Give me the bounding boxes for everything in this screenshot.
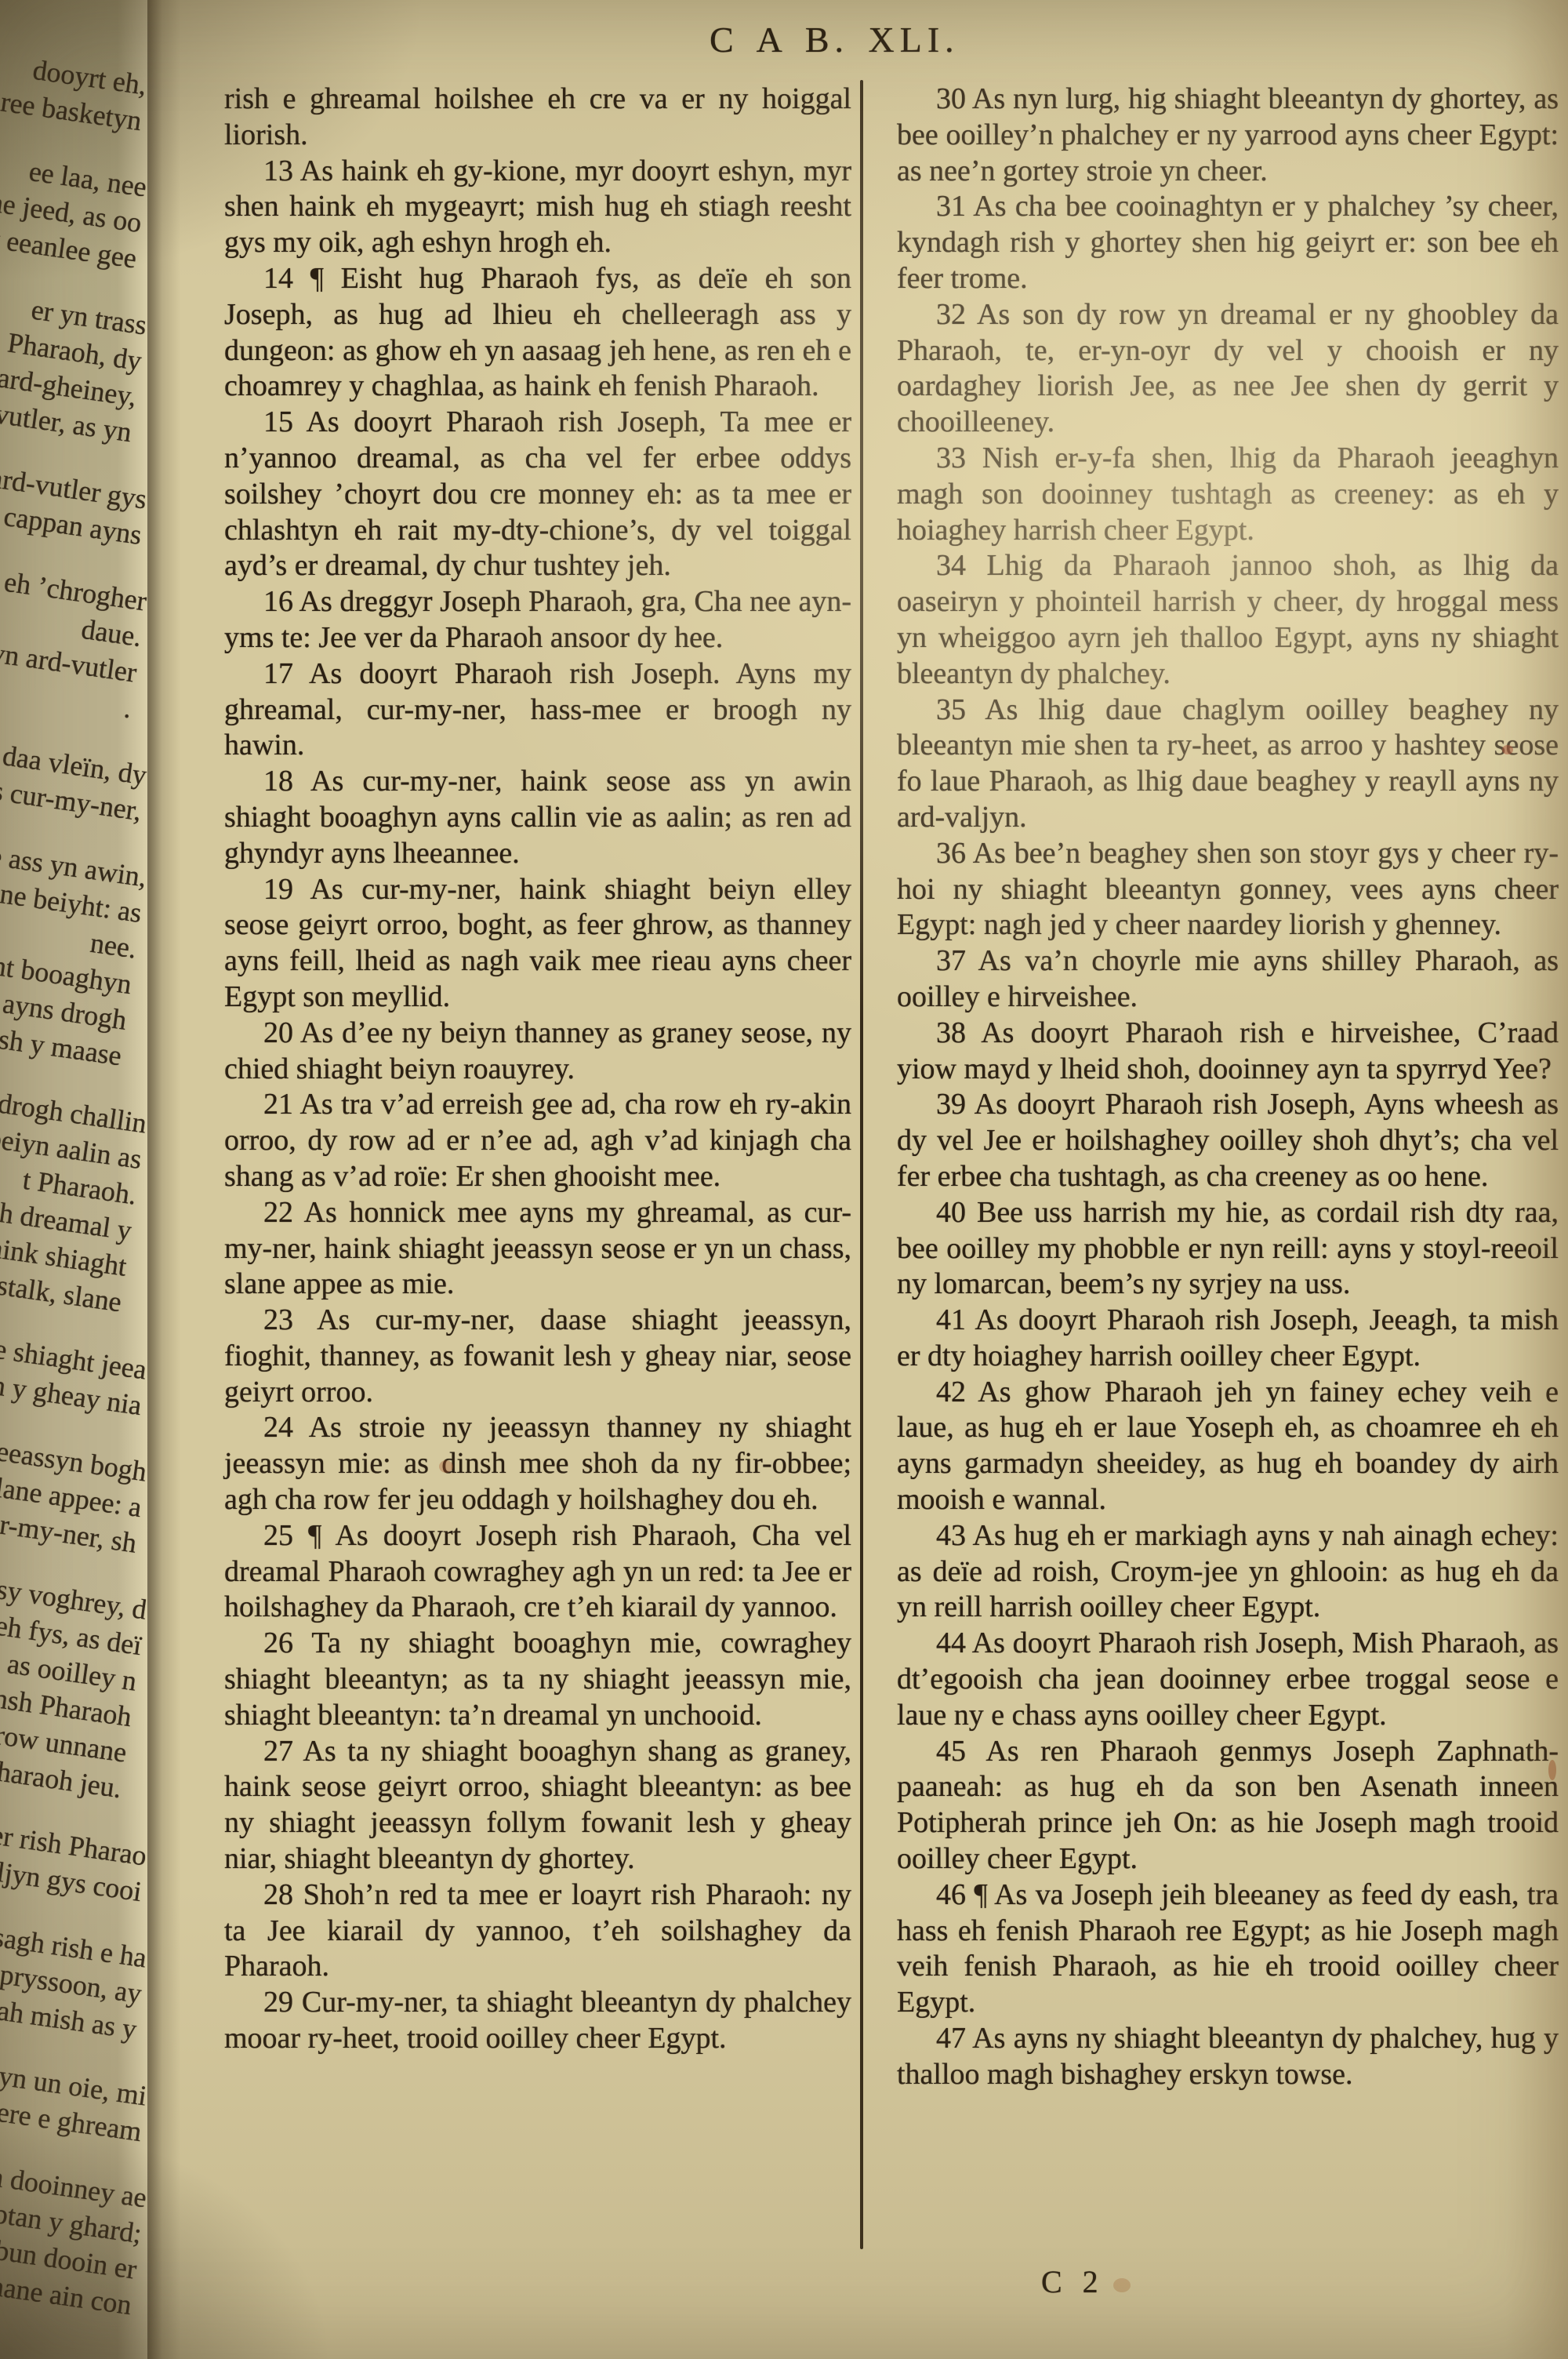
verse: 42 As ghow Pharaoh jeh yn fainey echey v…	[897, 1375, 1559, 1518]
verse: 22 As honnick mee ayns my ghreamal, as c…	[224, 1195, 851, 1303]
verse-continuation: rish e ghreamal hoilshee eh cre va er ny…	[224, 82, 851, 154]
gutter-fragment: eh ’chrogher daue. yn ard-vutler .	[0, 550, 149, 726]
gutter-fragment: er yn trass Pharaoh, dy e ard-gheiney, l…	[0, 274, 149, 450]
gutter-fragment: oosagh rish e ha ayns pryssoon, ay ammah…	[0, 1906, 149, 2048]
verse: 43 As hug eh er markiagh ayns y nah aina…	[897, 1518, 1559, 1626]
verse: 19 As cur-my-ner, haink shiaght beiyn el…	[224, 872, 851, 1016]
chapter-heading: C A B. XLI.	[710, 19, 1023, 60]
gutter-fragment: utler rish Pharao n’oiljyn gys cooi	[0, 1805, 149, 1910]
gutter-fragment: ard-vutler gys cappan ayns	[0, 448, 149, 553]
verse: 16 As dreggyr Joseph Pharaoh, gra, Cha n…	[224, 584, 851, 656]
signature-mark: C 2	[1041, 2263, 1105, 2300]
verse: 29 Cur-my-ner, ta shiaght bleeantyn dy p…	[224, 1985, 851, 2057]
verse: 39 As dooyrt Pharaoh rish Joseph, Ayns w…	[897, 1087, 1559, 1194]
verse: 15 As dooyrt Pharaoh rish Joseph, Ta mee…	[224, 405, 851, 584]
left-text-column: rish e ghreamal hoilshee eh cre va er ny…	[224, 82, 851, 2057]
verse: 25 ¶ As dooyrt Joseph rish Pharaoh, Cha …	[224, 1518, 851, 1626]
gutter-fragment: ne ’sy voghrey, d hug eh fys, as deï gyp…	[0, 1558, 149, 1806]
gutter-fragment: ose ass yn awin, lane beiyht: as nee. ni…	[0, 826, 149, 1074]
verse: 30 As nyn lurg, hig shiaght bleeantyn dy…	[897, 82, 1559, 189]
verse: 46 ¶ As va Joseph jeih bleeaney as feed …	[897, 1877, 1559, 2021]
verse: 24 As stroie ny jeeassyn thanney ny shia…	[224, 1410, 851, 1518]
verse: 40 Bee uss harrish my hie, as cordail ri…	[897, 1195, 1559, 1303]
paper-stain	[1113, 2278, 1131, 2292]
gutter-fragment: al ’syn un oie, mi ain rere e ghream	[0, 2045, 149, 2150]
verse: 14 ¶ Eisht hug Pharaoh fys, as deïe eh s…	[224, 261, 851, 405]
gutter-fragment: t jeeassyn bogh slane appee: a cur-my-ne…	[0, 1420, 149, 1561]
verse: 38 As dooyrt Pharaoh rish e hirveishee, …	[897, 1016, 1559, 1088]
verse: 23 As cur-my-ner, daase shiaght jeeassyn…	[224, 1303, 851, 1410]
right-text-column: 30 As nyn lurg, hig shiaght bleeantyn dy…	[897, 82, 1559, 2093]
verse: 20 As d’ee ny beiyn thanney as graney se…	[224, 1016, 851, 1088]
verse: 35 As lhig daue chaglym ooilley beaghey …	[897, 692, 1559, 836]
page-fold-shadow	[147, 0, 180, 2359]
gutter-fragment: mârin dooinney ae captan y ghard; h bun …	[0, 2146, 149, 2323]
verse: 47 As ayns ny shiaght bleeantyn dy phalc…	[897, 2021, 1559, 2093]
verse: 21 As tra v’ad erreish gee ad, cha row e…	[224, 1087, 851, 1194]
verse: 32 As son dy row yn dreamal er ny ghoobl…	[897, 297, 1559, 441]
verse: 41 As dooyrt Pharaoh rish Joseph, Jeeagh…	[897, 1303, 1559, 1375]
verse: 45 As ren Pharaoh genmys Joseph Zaphnath…	[897, 1734, 1559, 1877]
verse: 17 As dooyrt Pharaoh rish Joseph. Ayns m…	[224, 656, 851, 764]
gutter-fragment: ose shiaght jeea esh y gheay nia	[0, 1318, 149, 1423]
gutter-fragment: ns drogh challin ht beiyn aalin as t Pha…	[0, 1072, 149, 1320]
verse: 13 As haink eh gy-kione, myr dooyrt eshy…	[224, 154, 851, 261]
verse: 37 As va’n choyrle mie ayns shilley Phar…	[897, 943, 1559, 1016]
gutter-fragment: ne daa vleïn, dy as cur-my-ner,	[0, 724, 149, 829]
verse: 34 Lhig da Pharaoh jannoo shoh, as lhig …	[897, 548, 1559, 692]
verse: 36 As bee’n beaghey shen son stoyr gys y…	[897, 836, 1559, 943]
verse: 28 Shoh’n red ta mee er loayrt rish Phar…	[224, 1877, 851, 1985]
column-divider-rule	[860, 80, 863, 2249]
verse: 26 Ta ny shiaght booaghyn mie, cowraghey…	[224, 1626, 851, 1733]
gutter-fragment: ee laa, nee ne jeed, as oo y eeanlee gee	[0, 136, 149, 277]
gutter-text-fragments: dooyrt eh, ree basketyn ee laa, nee ne j…	[0, 67, 149, 2354]
scanned-book-page: dooyrt eh, ree basketyn ee laa, nee ne j…	[0, 0, 1568, 2359]
verse: 27 As ta ny shiaght booaghyn shang as gr…	[224, 1734, 851, 1877]
verse: 18 As cur-my-ner, haink seose ass yn awi…	[224, 764, 851, 871]
verse: 33 Nish er-y-fa shen, lhig da Pharaoh je…	[897, 441, 1559, 548]
verse: 44 As dooyrt Pharaoh rish Joseph, Mish P…	[897, 1626, 1559, 1733]
verse: 31 As cha bee cooinaghtyn er y phalchey …	[897, 189, 1559, 296]
